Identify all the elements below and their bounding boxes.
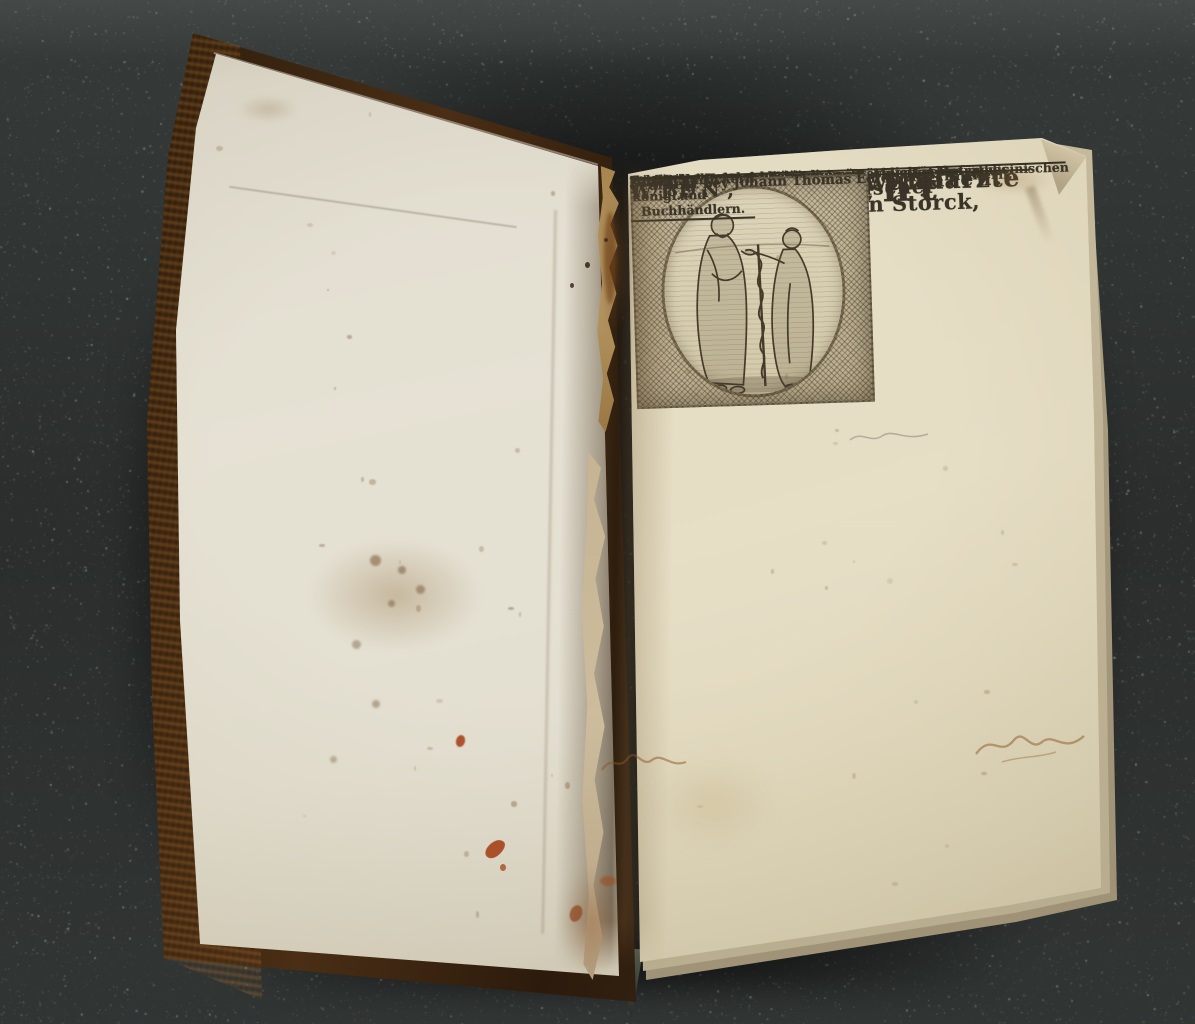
photograph-open-book: Anton Freyherrn von Störck, Ihro Röm. Ka…: [0, 0, 1195, 1024]
ink-inscription-left: [598, 742, 698, 782]
gutter-shadow: [554, 157, 677, 970]
title-page-text: Anton Freyherrn von Störck, Ihro Röm. Ka…: [630, 159, 1112, 953]
ink-inscription-right: [972, 722, 1096, 772]
pencil-inscription: [846, 426, 936, 450]
